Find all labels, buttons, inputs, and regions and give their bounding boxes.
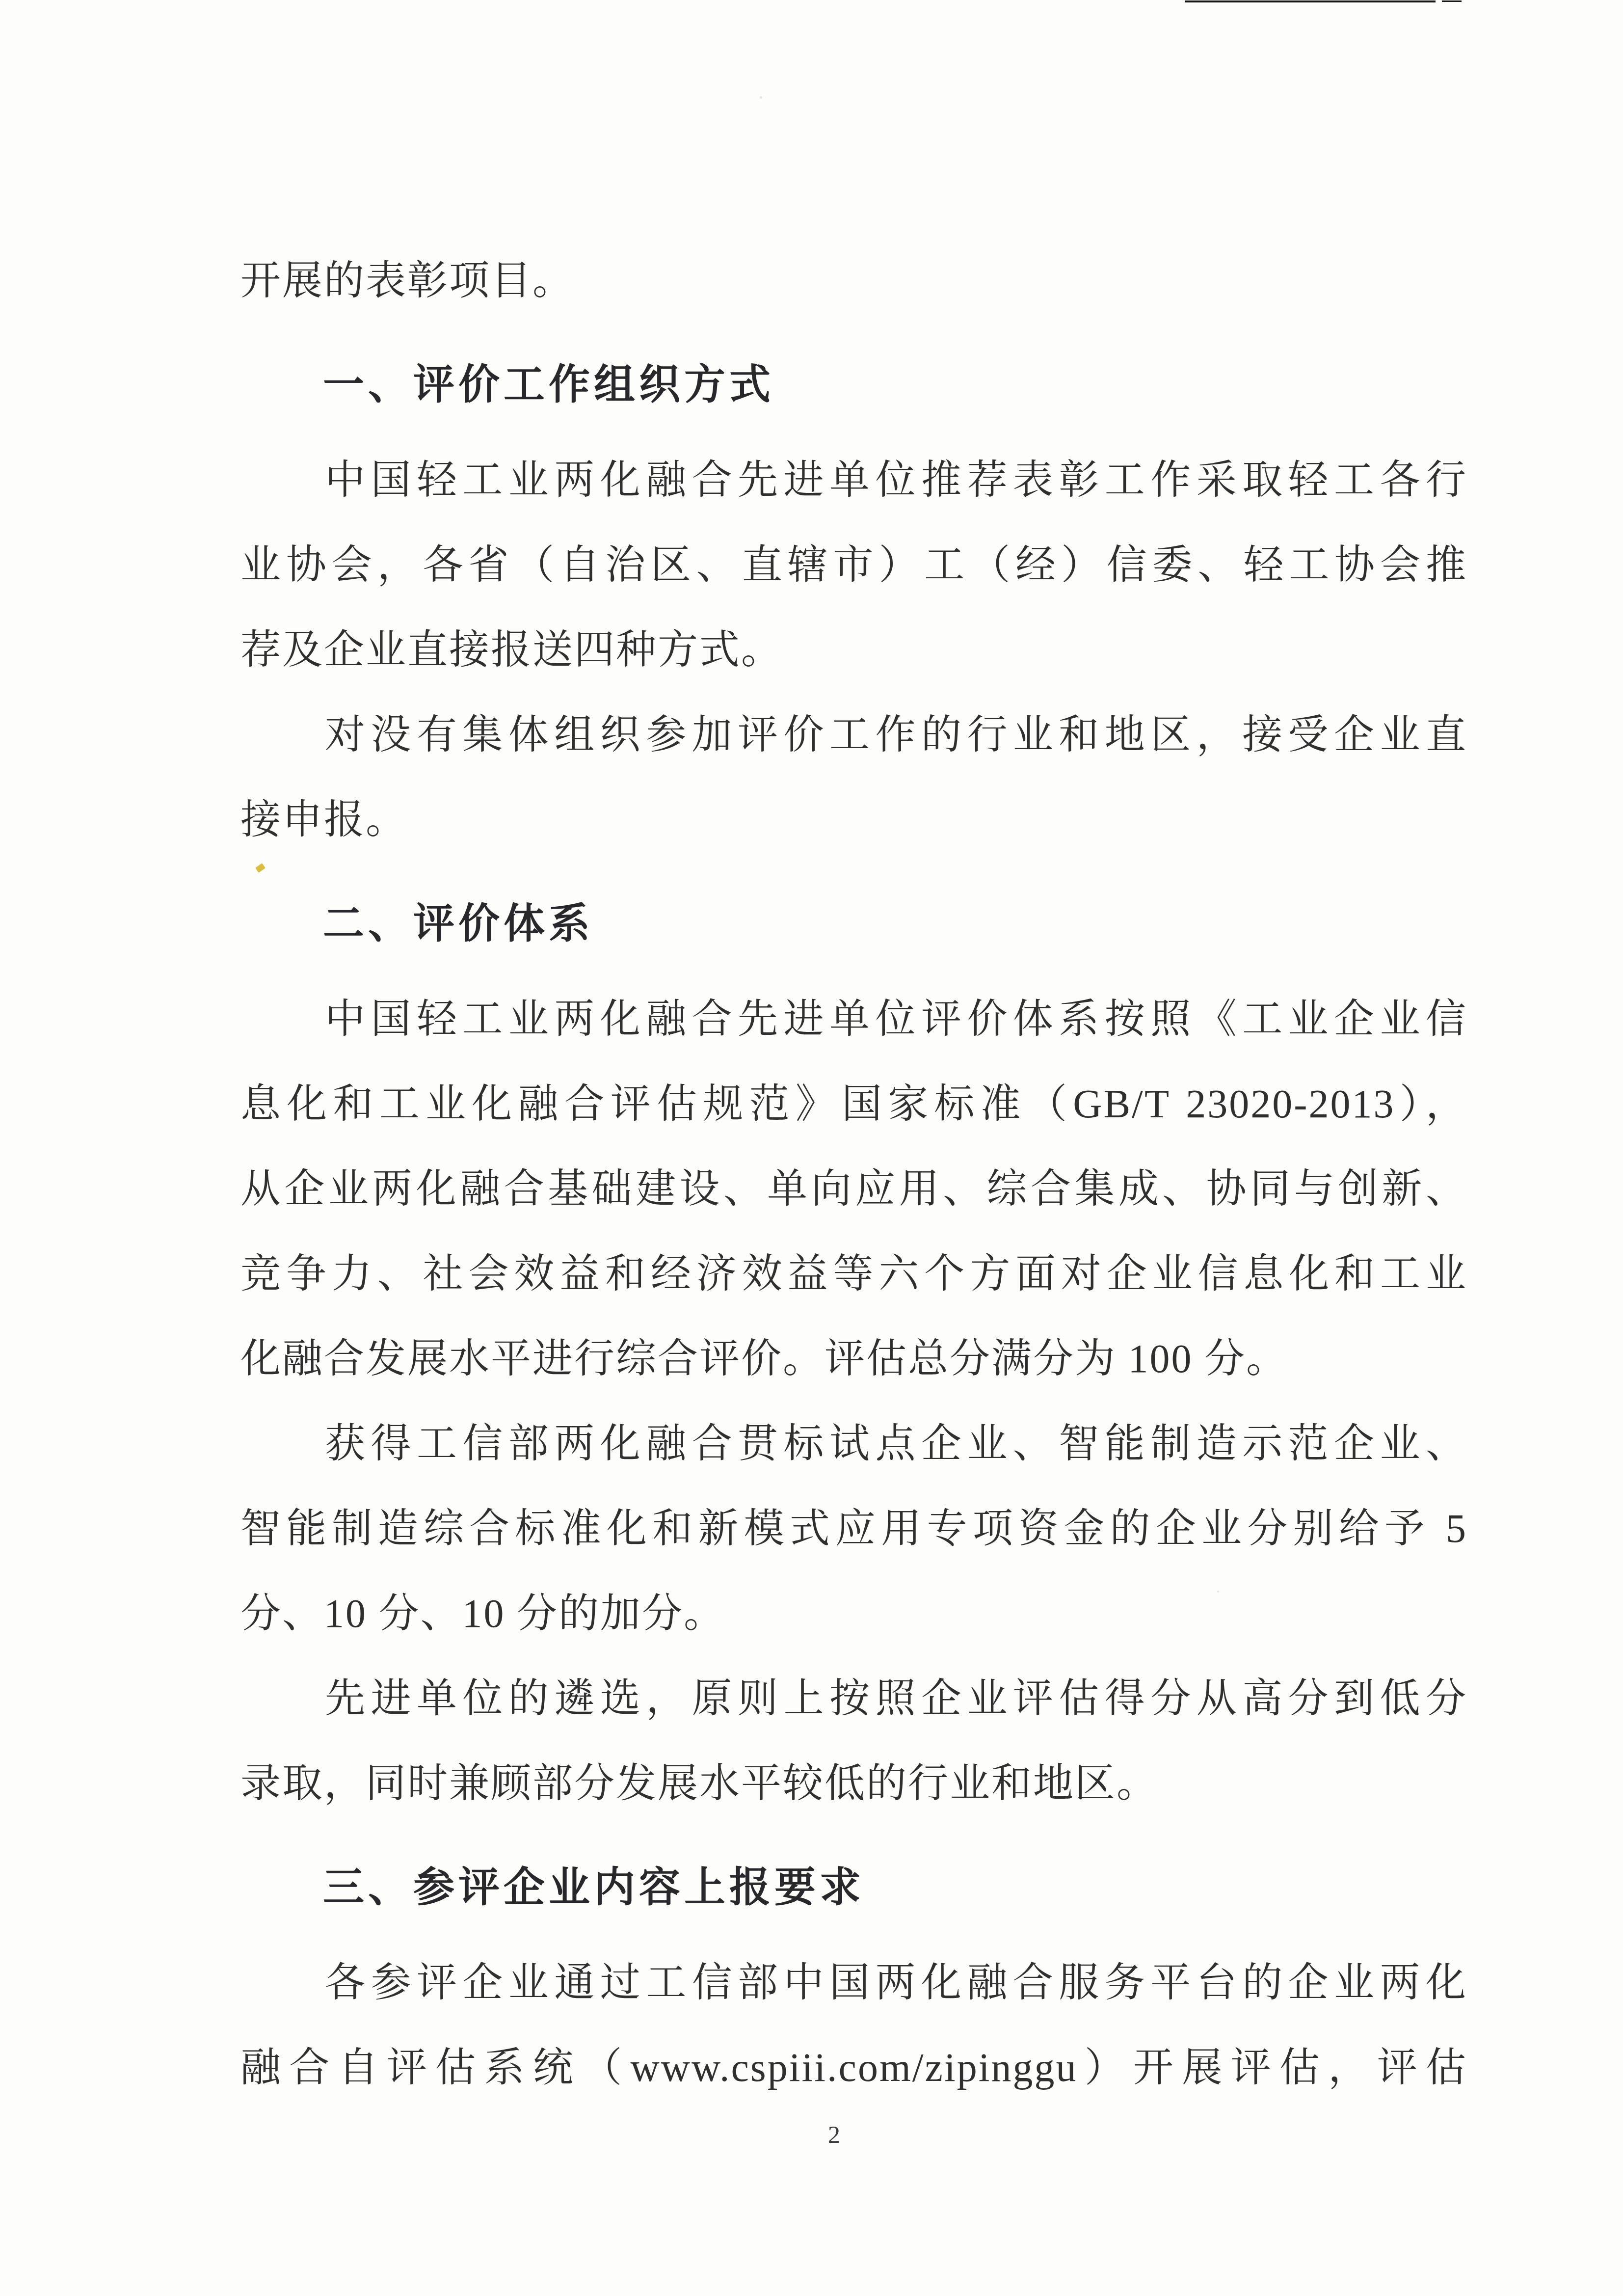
document-page: 开展的表彰项目。 一、评价工作组织方式 中国轻工业两化融合先进单位推荐表彰工作采… <box>0 0 1623 2296</box>
paragraph-line: 化融合发展水平进行综合评价。评估总分满分为 100 分。 <box>240 1316 1467 1401</box>
paragraph-line: 对没有集体组织参加评价工作的行业和地区，接受企业直 <box>240 692 1467 777</box>
paragraph-line: 各参评企业通过工信部中国两化融合服务平台的企业两化 <box>240 1940 1467 2025</box>
paragraph-line: 分、10 分、10 分的加分。 <box>240 1571 1467 1656</box>
paragraph-line: 竞争力、社会效益和经济效益等六个方面对企业信息化和工业 <box>240 1231 1467 1316</box>
paragraph-line: 录取，同时兼顾部分发展水平较低的行业和地区。 <box>240 1741 1467 1826</box>
paragraph-line: 荐及企业直接报送四种方式。 <box>240 607 1467 692</box>
paragraph-line: 智能制造综合标准化和新模式应用专项资金的企业分别给予 5 <box>240 1486 1467 1571</box>
paragraph-line: 中国轻工业两化融合先进单位推荐表彰工作采取轻工各行 <box>240 437 1467 522</box>
paragraph-line: 息化和工业化融合评估规范》国家标准（GB/T 23020-2013）， <box>240 1061 1467 1146</box>
section-heading-3: 三、参评企业内容上报要求 <box>240 1845 1467 1930</box>
scan-artifact-speck <box>760 96 762 99</box>
paragraph-line: 获得工信部两化融合贯标试点企业、智能制造示范企业、 <box>240 1401 1467 1486</box>
paragraph-line: 接申报。 <box>240 777 1467 862</box>
paragraph-line: 从企业两化融合基础建设、单向应用、综合集成、协同与创新、 <box>240 1146 1467 1231</box>
section-heading-2: 二、评价体系 <box>240 882 1467 967</box>
document-body: 开展的表彰项目。 一、评价工作组织方式 中国轻工业两化融合先进单位推荐表彰工作采… <box>240 238 1467 2110</box>
paragraph-line: 先进单位的遴选，原则上按照企业评估得分从高分到低分 <box>240 1656 1467 1741</box>
page-number: 2 <box>736 2120 932 2149</box>
section-heading-1: 一、评价工作组织方式 <box>240 343 1467 428</box>
scan-artifact-top-line <box>1442 0 1462 2</box>
paragraph-line: 中国轻工业两化融合先进单位评价体系按照《工业企业信 <box>240 976 1467 1061</box>
body-line-continuation: 开展的表彰项目。 <box>240 238 1467 323</box>
scan-artifact-top-line <box>1185 0 1436 2</box>
paragraph-line: 融合自评估系统（www.cspiii.com/zipinggu）开展评估，评估 <box>240 2025 1467 2110</box>
paragraph-line: 业协会，各省（自治区、直辖市）工（经）信委、轻工协会推 <box>240 522 1467 607</box>
